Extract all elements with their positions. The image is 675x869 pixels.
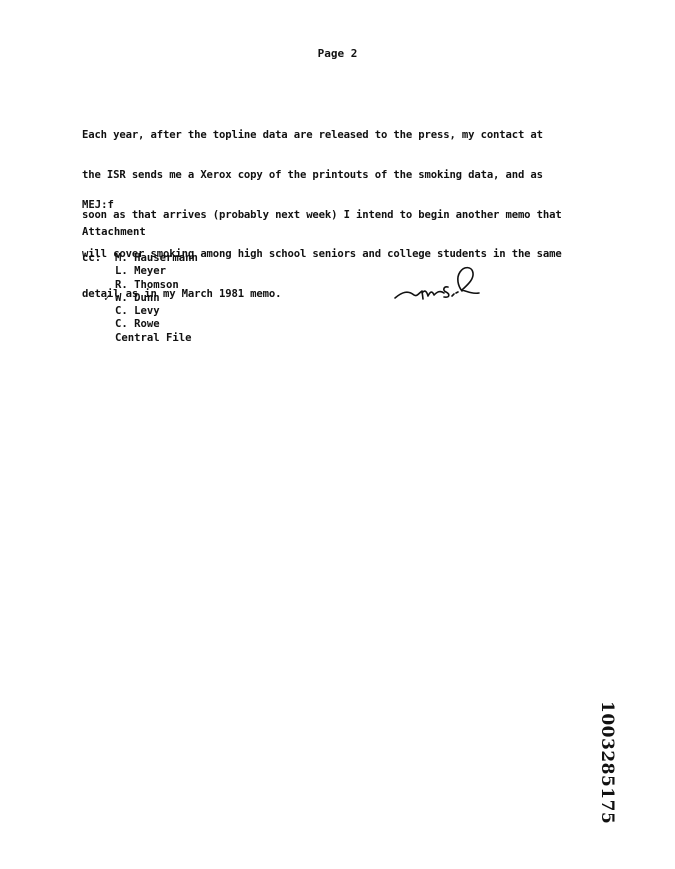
recipient-name: C. Levy bbox=[115, 305, 160, 317]
checkmark-icon: ✓ bbox=[104, 292, 110, 305]
recipient-name: R. Thomson bbox=[115, 279, 179, 291]
paragraph-line: the ISR sends me a Xerox copy of the pri… bbox=[82, 169, 602, 182]
recipient-name: M. Hausermann bbox=[115, 252, 198, 264]
typist-initials: MEJ:f bbox=[82, 199, 114, 211]
cc-recipient: Central File bbox=[115, 332, 198, 345]
document-id: 1003285175 bbox=[597, 701, 617, 801]
cc-recipient: M. Hausermann bbox=[115, 252, 198, 265]
recipient-name: L. Meyer bbox=[115, 265, 166, 277]
attachment-note: Attachment bbox=[82, 226, 146, 238]
recipient-name: C. Rowe bbox=[115, 318, 160, 330]
paragraph-line: soon as that arrives (probably next week… bbox=[82, 209, 602, 222]
recipient-name: Central File bbox=[115, 332, 192, 344]
cc-recipient: L. Meyer bbox=[115, 265, 198, 278]
cc-label: cc: bbox=[82, 252, 101, 264]
cc-recipient: ✓W. Dunn bbox=[115, 292, 198, 305]
cc-recipient: R. Thomson bbox=[115, 279, 198, 292]
page-number-header: Page 2 bbox=[0, 47, 675, 60]
handwritten-signature-icon bbox=[392, 262, 482, 308]
cc-recipient: C. Rowe bbox=[115, 318, 198, 331]
paragraph-line: Each year, after the topline data are re… bbox=[82, 129, 602, 142]
cc-recipient: C. Levy bbox=[115, 305, 198, 318]
cc-recipient-list: M. Hausermann L. Meyer R. Thomson ✓W. Du… bbox=[115, 252, 198, 345]
recipient-name: W. Dunn bbox=[115, 292, 160, 304]
